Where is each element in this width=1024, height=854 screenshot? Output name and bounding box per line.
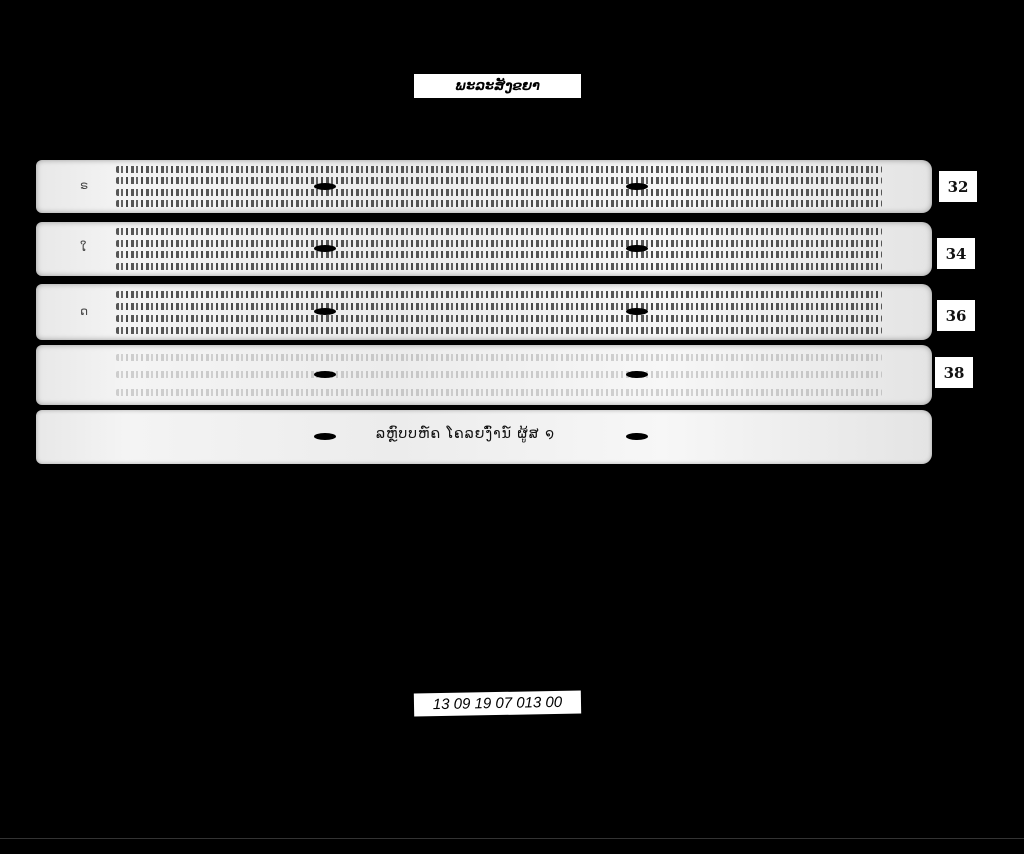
palm-leaf-1: ຣ <box>36 160 932 213</box>
string-hole-icon <box>314 371 336 378</box>
string-hole-icon <box>626 433 648 440</box>
string-hole-icon <box>314 245 336 252</box>
string-hole-icon <box>626 371 648 378</box>
leaf-text-lines <box>116 164 882 209</box>
palm-leaf-2: ໃ <box>36 222 932 276</box>
page-number-label: 34 <box>937 238 975 269</box>
palm-leaf-4 <box>36 345 932 405</box>
page-number-label: 32 <box>939 171 977 202</box>
string-hole-icon <box>626 245 648 252</box>
page-number-label: 36 <box>937 300 975 331</box>
palm-leaf-3: ດ <box>36 284 932 340</box>
leaf-marginal-number: ຣ <box>80 178 88 192</box>
leaf-text-lines <box>116 288 882 336</box>
leaf-text-lines <box>116 226 882 272</box>
string-hole-icon <box>314 433 336 440</box>
leaf-text-lines <box>116 349 882 401</box>
reference-code-label: 13 09 19 07 013 00 <box>414 691 581 717</box>
string-hole-icon <box>626 183 648 190</box>
leaf-marginal-number: ດ <box>80 304 88 318</box>
colophon-text: ລຫຼົບບຫ໌ຄ ໂຄລຍງົ່ານ໌ ຜູ້ສ ໑ <box>376 426 555 442</box>
string-hole-icon <box>314 183 336 190</box>
palm-leaf-5: ລຫຼົບບຫ໌ຄ ໂຄລຍງົ່ານ໌ ຜູ້ສ ໑ <box>36 410 932 464</box>
string-hole-icon <box>626 308 648 315</box>
manuscript-title-label: ພະລະສັງຂຍາ <box>414 74 581 98</box>
leaf-marginal-number: ໃ <box>80 240 87 254</box>
string-hole-icon <box>314 308 336 315</box>
page-number-label: 38 <box>935 357 973 388</box>
frame-edge <box>0 838 1024 839</box>
